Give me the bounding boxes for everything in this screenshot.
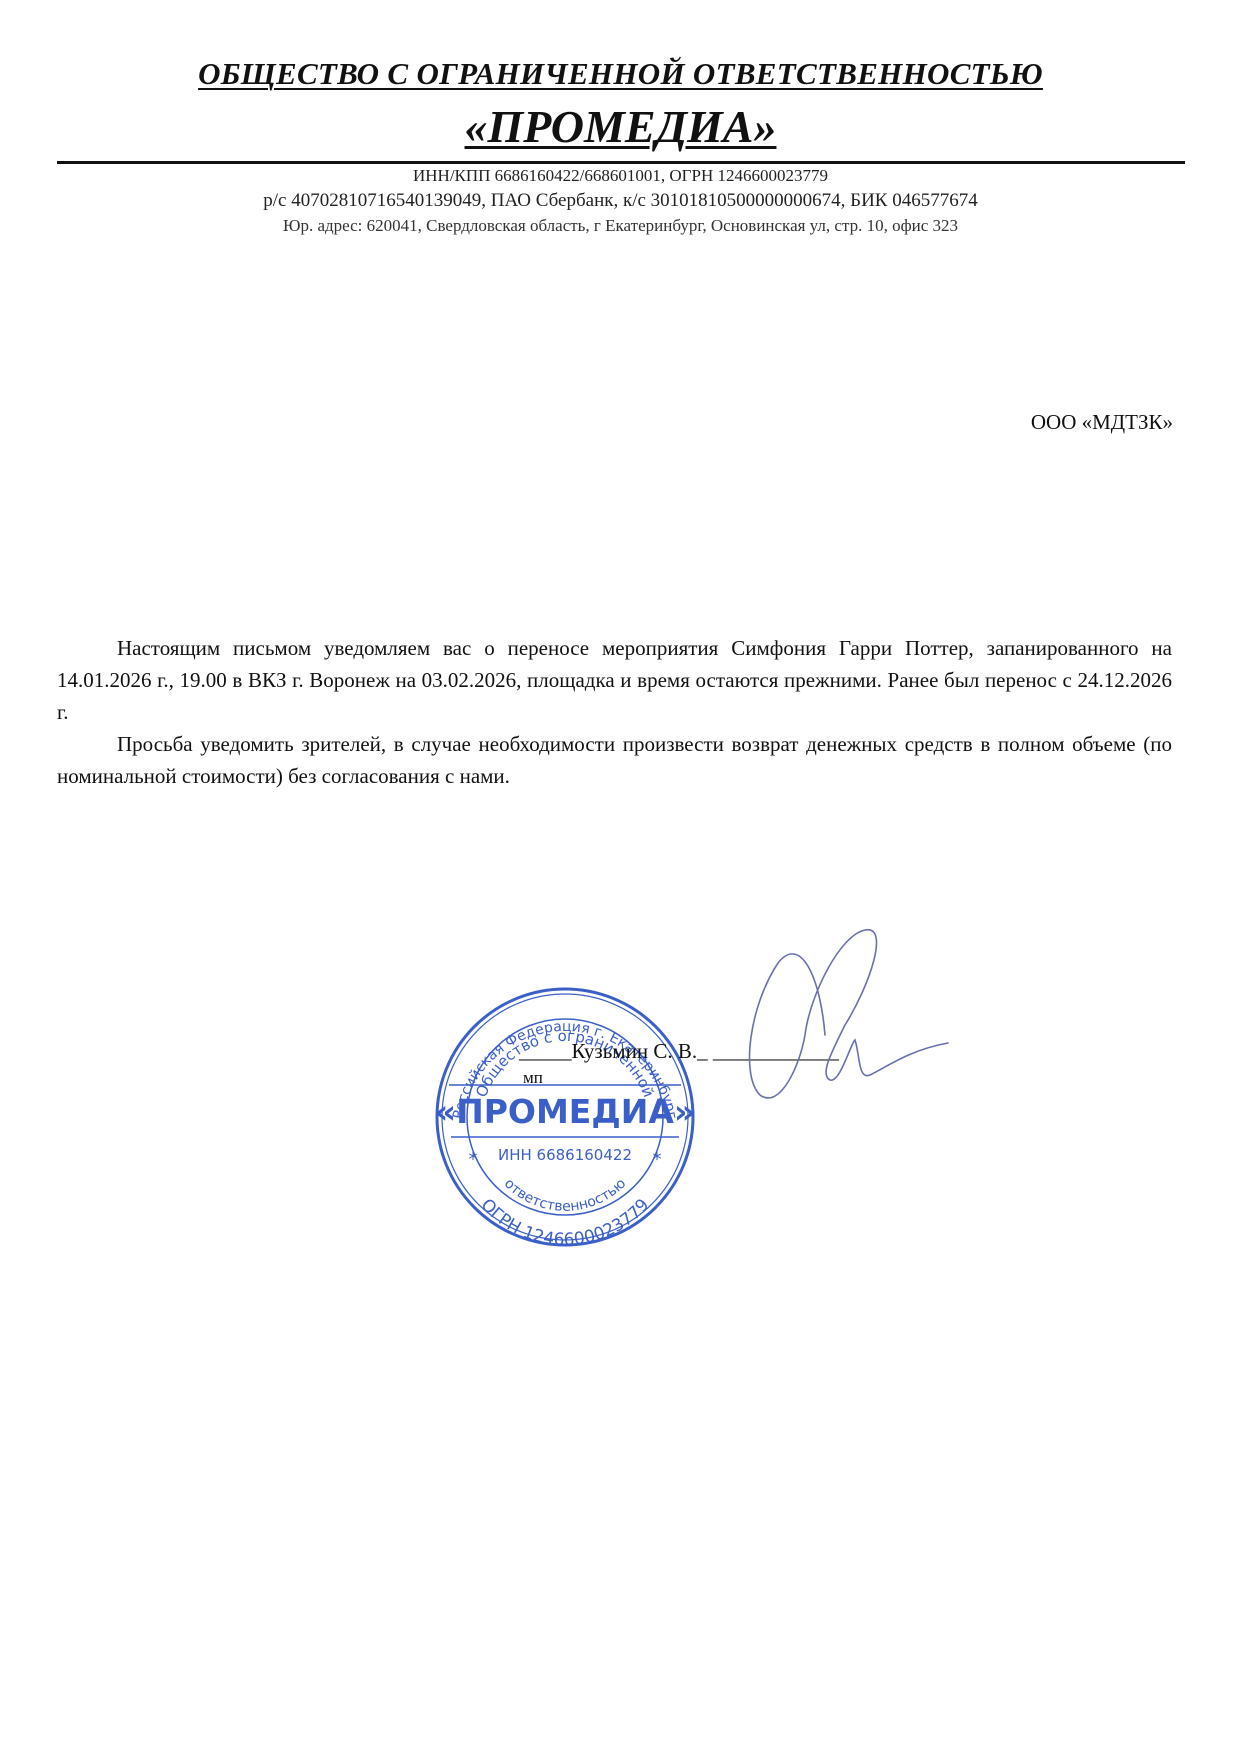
body-paragraph-2: Просьба уведомить зрителей, в случае нео… <box>57 728 1172 792</box>
header-divider <box>57 161 1185 164</box>
seal-inn: ИНН 6686160422 <box>498 1146 632 1164</box>
seal-inner-bottom-text: ответственностью <box>501 1175 630 1214</box>
legal-address: Юр. адрес: 620041, Свердловская область,… <box>0 216 1241 236</box>
requisites-inn-ogrn: ИНН/КПП 6686160422/668601001, ОГРН 12466… <box>0 166 1241 186</box>
seal-star-right: * <box>653 1149 662 1170</box>
handwritten-signature <box>730 915 950 1105</box>
company-name-text: «ПРОМЕДИА» <box>465 101 777 152</box>
stamp-place-label: мп <box>523 1068 543 1088</box>
seal-star-left: * <box>469 1149 478 1170</box>
letter-body: Настоящим письмом уведомляем вас о перен… <box>57 632 1172 792</box>
company-name-heading: «ПРОМЕДИА» <box>0 100 1241 153</box>
company-type-text: ОБЩЕСТВО С ОГРАНИЧЕННОЙ ОТВЕТСТВЕННОСТЬЮ <box>198 56 1043 91</box>
company-type-heading: ОБЩЕСТВО С ОГРАНИЧЕННОЙ ОТВЕТСТВЕННОСТЬЮ <box>0 56 1241 92</box>
company-seal: Российская Федерация г. Екатеринбург Общ… <box>433 985 697 1249</box>
body-paragraph-1: Настоящим письмом уведомляем вас о перен… <box>57 632 1172 728</box>
addressee: ООО «МДТЗК» <box>1031 410 1173 435</box>
requisites-bank: р/с 40702810716540139049, ПАО Сбербанк, … <box>0 190 1241 212</box>
seal-center-name: «ПРОМЕДИА» <box>435 1092 695 1131</box>
